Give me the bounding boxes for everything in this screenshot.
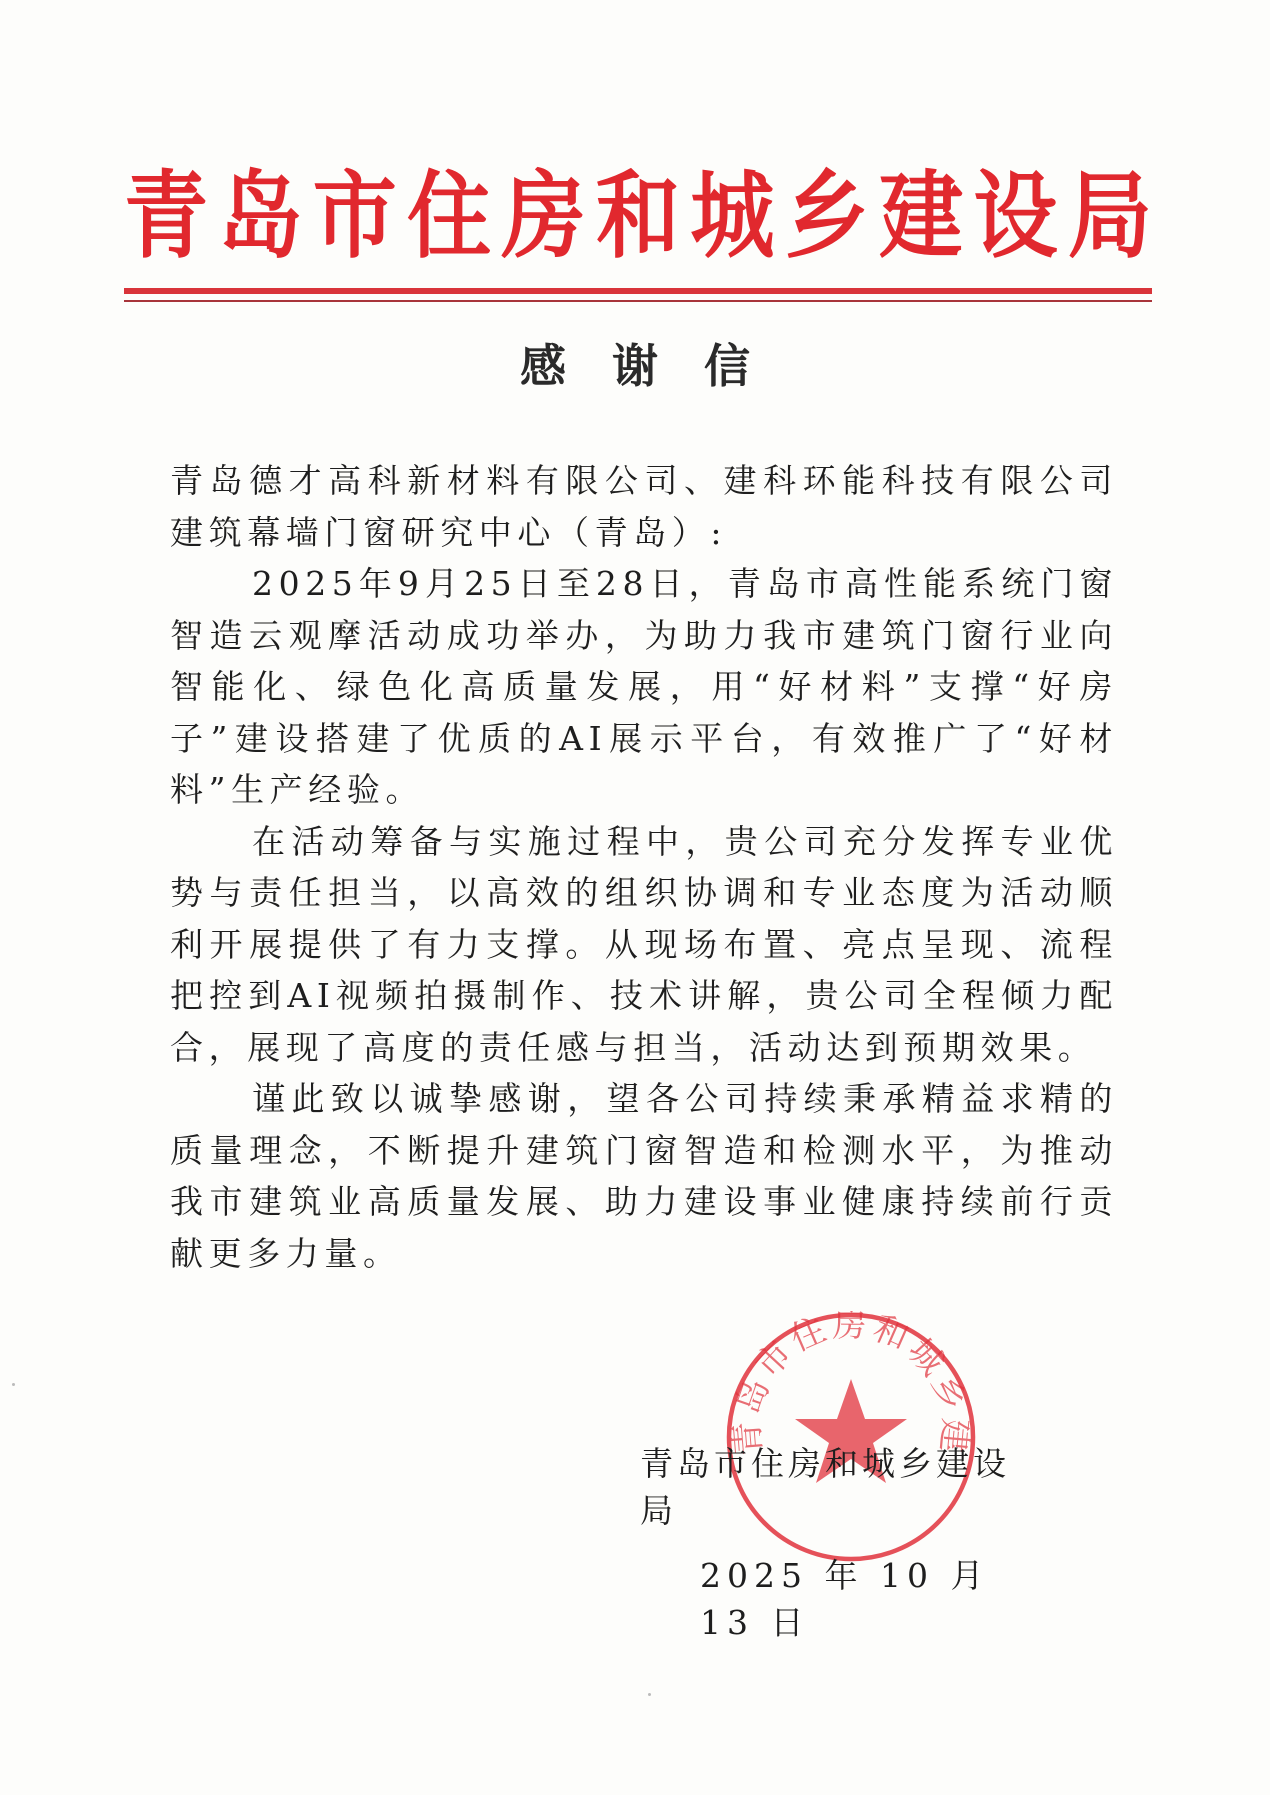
paragraph: 在活动筹备与实施过程中，贵公司充分发挥专业优势与责任担当，以高效的组织协调和专业…: [170, 816, 1118, 1074]
scan-speck: [648, 1693, 651, 1696]
letterhead-char: 设: [974, 140, 1058, 276]
letterhead-org-name: 青 岛 市 住 房 和 城 乡 建 设 局: [124, 148, 1152, 268]
letterhead-char: 岛: [218, 140, 302, 276]
letterhead-char: 青: [124, 140, 208, 276]
signature-org: 青岛市住房和城乡建设局: [640, 1438, 1040, 1532]
letter-page: 青 岛 市 住 房 和 城 乡 建 设 局 感谢信 青岛德才高科新材料有限公司、…: [0, 0, 1270, 1795]
letterhead-rule-thin: [124, 300, 1152, 302]
salutation: 青岛德才高科新材料有限公司、建科环能科技有限公司建筑幕墙门窗研究中心（青岛）:: [170, 455, 1118, 558]
letterhead-char: 市: [313, 140, 397, 276]
letterhead-char: 乡: [785, 140, 869, 276]
document-title: 感谢信: [0, 330, 1270, 396]
letterhead-char: 住: [407, 140, 491, 276]
letterhead-rule-thick: [124, 288, 1152, 294]
paragraph: 谨此致以诚挚感谢，望各公司持续秉承精益求精的质量理念，不断提升建筑门窗智造和检测…: [170, 1073, 1118, 1279]
letterhead-char: 局: [1068, 140, 1152, 276]
signature-block: 青岛市住房和城乡建设局 2025 年 10 月 13 日: [640, 1438, 1040, 1644]
paragraph: 2025年9月25日至28日，青岛市高性能系统门窗智造云观摩活动成功举办，为助力…: [170, 558, 1118, 816]
letterhead-char: 房: [502, 140, 586, 276]
letterhead-char: 城: [690, 140, 774, 276]
letter-body: 青岛德才高科新材料有限公司、建科环能科技有限公司建筑幕墙门窗研究中心（青岛）: …: [170, 455, 1118, 1279]
letterhead-char: 和: [596, 140, 680, 276]
scan-speck: [12, 1383, 15, 1386]
signature-date: 2025 年 10 月 13 日: [640, 1550, 1040, 1644]
letterhead-char: 建: [879, 140, 963, 276]
